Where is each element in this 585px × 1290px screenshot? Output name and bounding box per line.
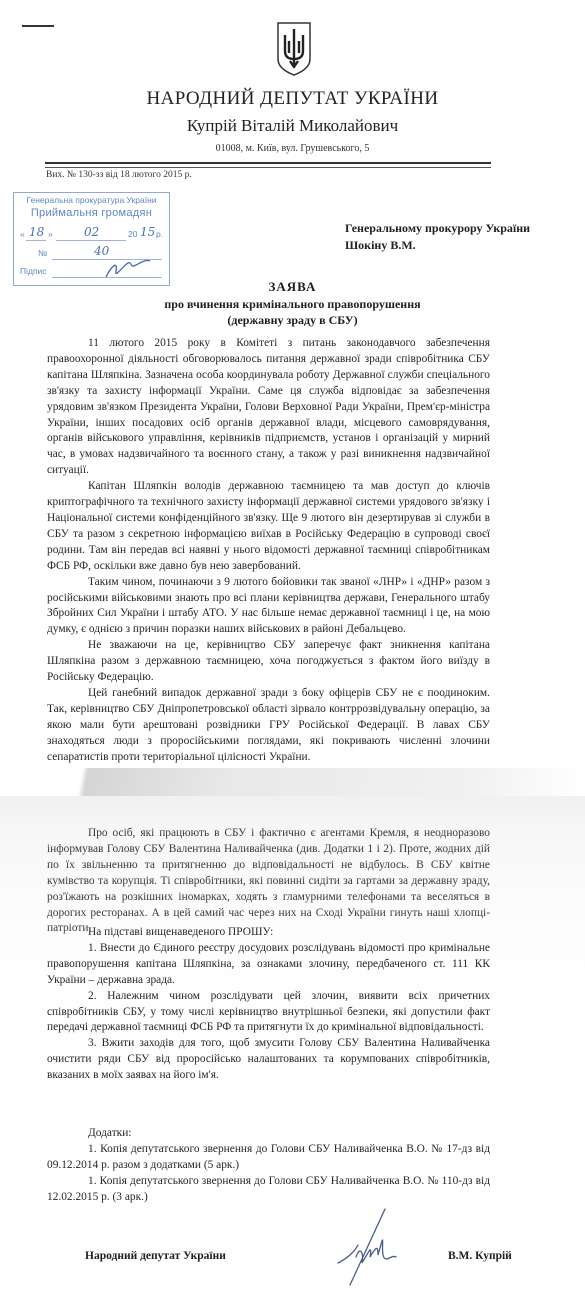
reception-stamp: Генеральна прокуратура України Приймальн…	[13, 192, 170, 286]
signer-name: В.М. Купрій	[448, 1250, 512, 1262]
stamp-month-line	[56, 240, 126, 241]
stamp-year-prefix: 20	[128, 229, 137, 239]
letterhead-title: НАРОДНИЙ ДЕПУТАТ УКРАЇНИ	[0, 88, 585, 110]
document-subtitle-parenthetical: (державну зраду в СБУ)	[0, 313, 585, 328]
stamp-signature-icon	[102, 255, 152, 281]
stamp-organization: Генеральна прокуратура України	[14, 195, 169, 205]
stamp-department: Приймальня громадян	[14, 207, 169, 219]
stamp-year-suffix: 15	[140, 225, 155, 239]
paragraph: 11 лютого 2015 року в Комітеті з питань …	[47, 336, 490, 479]
stamp-month: 02	[84, 225, 99, 239]
stamp-year-unit: р.	[156, 229, 163, 239]
request-item: 3. Вжити заходів для того, щоб змусити Г…	[47, 1036, 490, 1084]
signer-role: Народний депутат України	[85, 1250, 226, 1262]
addressee-name: Шокіну В.М.	[345, 237, 530, 254]
addressee-block: Генеральному прокурору України Шокіну В.…	[345, 220, 530, 254]
stamp-quote-open: «	[20, 229, 25, 239]
request-section: На підставі вищенаведеного ПРОШУ: 1. Вне…	[47, 925, 490, 1084]
letterhead-address: 01008, м. Київ, вул. Грушевського, 5	[0, 143, 585, 154]
stamp-quote-close: »	[48, 229, 53, 239]
document-title: ЗАЯВА	[0, 279, 585, 295]
stamp-day-line	[26, 240, 46, 241]
attachment-item: 1. Копія депутатського звернення до Голо…	[47, 1142, 490, 1174]
letterhead-deputy-name: Купрій Віталій Миколайович	[0, 116, 585, 136]
statement-body: 11 лютого 2015 року в Комітеті з питань …	[47, 336, 490, 765]
paragraph: Цей ганебний випадок державної зради з б…	[47, 686, 490, 766]
attachment-item: 1. Копія депутатського звернення до Голо…	[47, 1174, 490, 1206]
document-subtitle: про вчинення кримінального правопорушенн…	[0, 297, 585, 312]
stamp-signature-label: Підпис	[20, 266, 47, 276]
addressee-position: Генеральному прокурору України	[345, 220, 530, 237]
stamp-day: 18	[29, 225, 44, 239]
request-intro: На підставі вищенаведеного ПРОШУ:	[47, 925, 490, 941]
handwritten-signature-icon	[330, 1205, 410, 1290]
outgoing-reference: Вих. № 130-зз від 18 лютого 2015 р.	[46, 170, 192, 180]
page-fold-shadow	[0, 768, 585, 796]
trident-coat-of-arms-icon	[276, 21, 312, 77]
paragraph: Не зважаючи на це, керівництво СБУ запер…	[47, 638, 490, 686]
statement-body-page-2: Про осіб, які працюють в СБУ і фактично …	[47, 826, 490, 937]
stamp-number-label: №	[38, 248, 47, 258]
paragraph: Капітан Шляпкін володів державною таємни…	[47, 479, 490, 574]
request-item: 1. Внести до Єдиного реєстру досудових р…	[47, 941, 490, 989]
attachments-section: Додатки: 1. Копія депутатського зверненн…	[47, 1126, 490, 1206]
letterhead-divider	[45, 162, 491, 168]
document-page: НАРОДНИЙ ДЕПУТАТ УКРАЇНИ Купрій Віталій …	[0, 0, 585, 1290]
request-item: 2. Належним чином розслідувати цей злочи…	[47, 989, 490, 1037]
paragraph: Про осіб, які працюють в СБУ і фактично …	[47, 826, 490, 937]
paragraph: Таким чином, починаючи з 9 лютого бойови…	[47, 575, 490, 639]
attachments-heading: Додатки:	[47, 1126, 490, 1142]
corner-dash-mark	[22, 25, 54, 27]
